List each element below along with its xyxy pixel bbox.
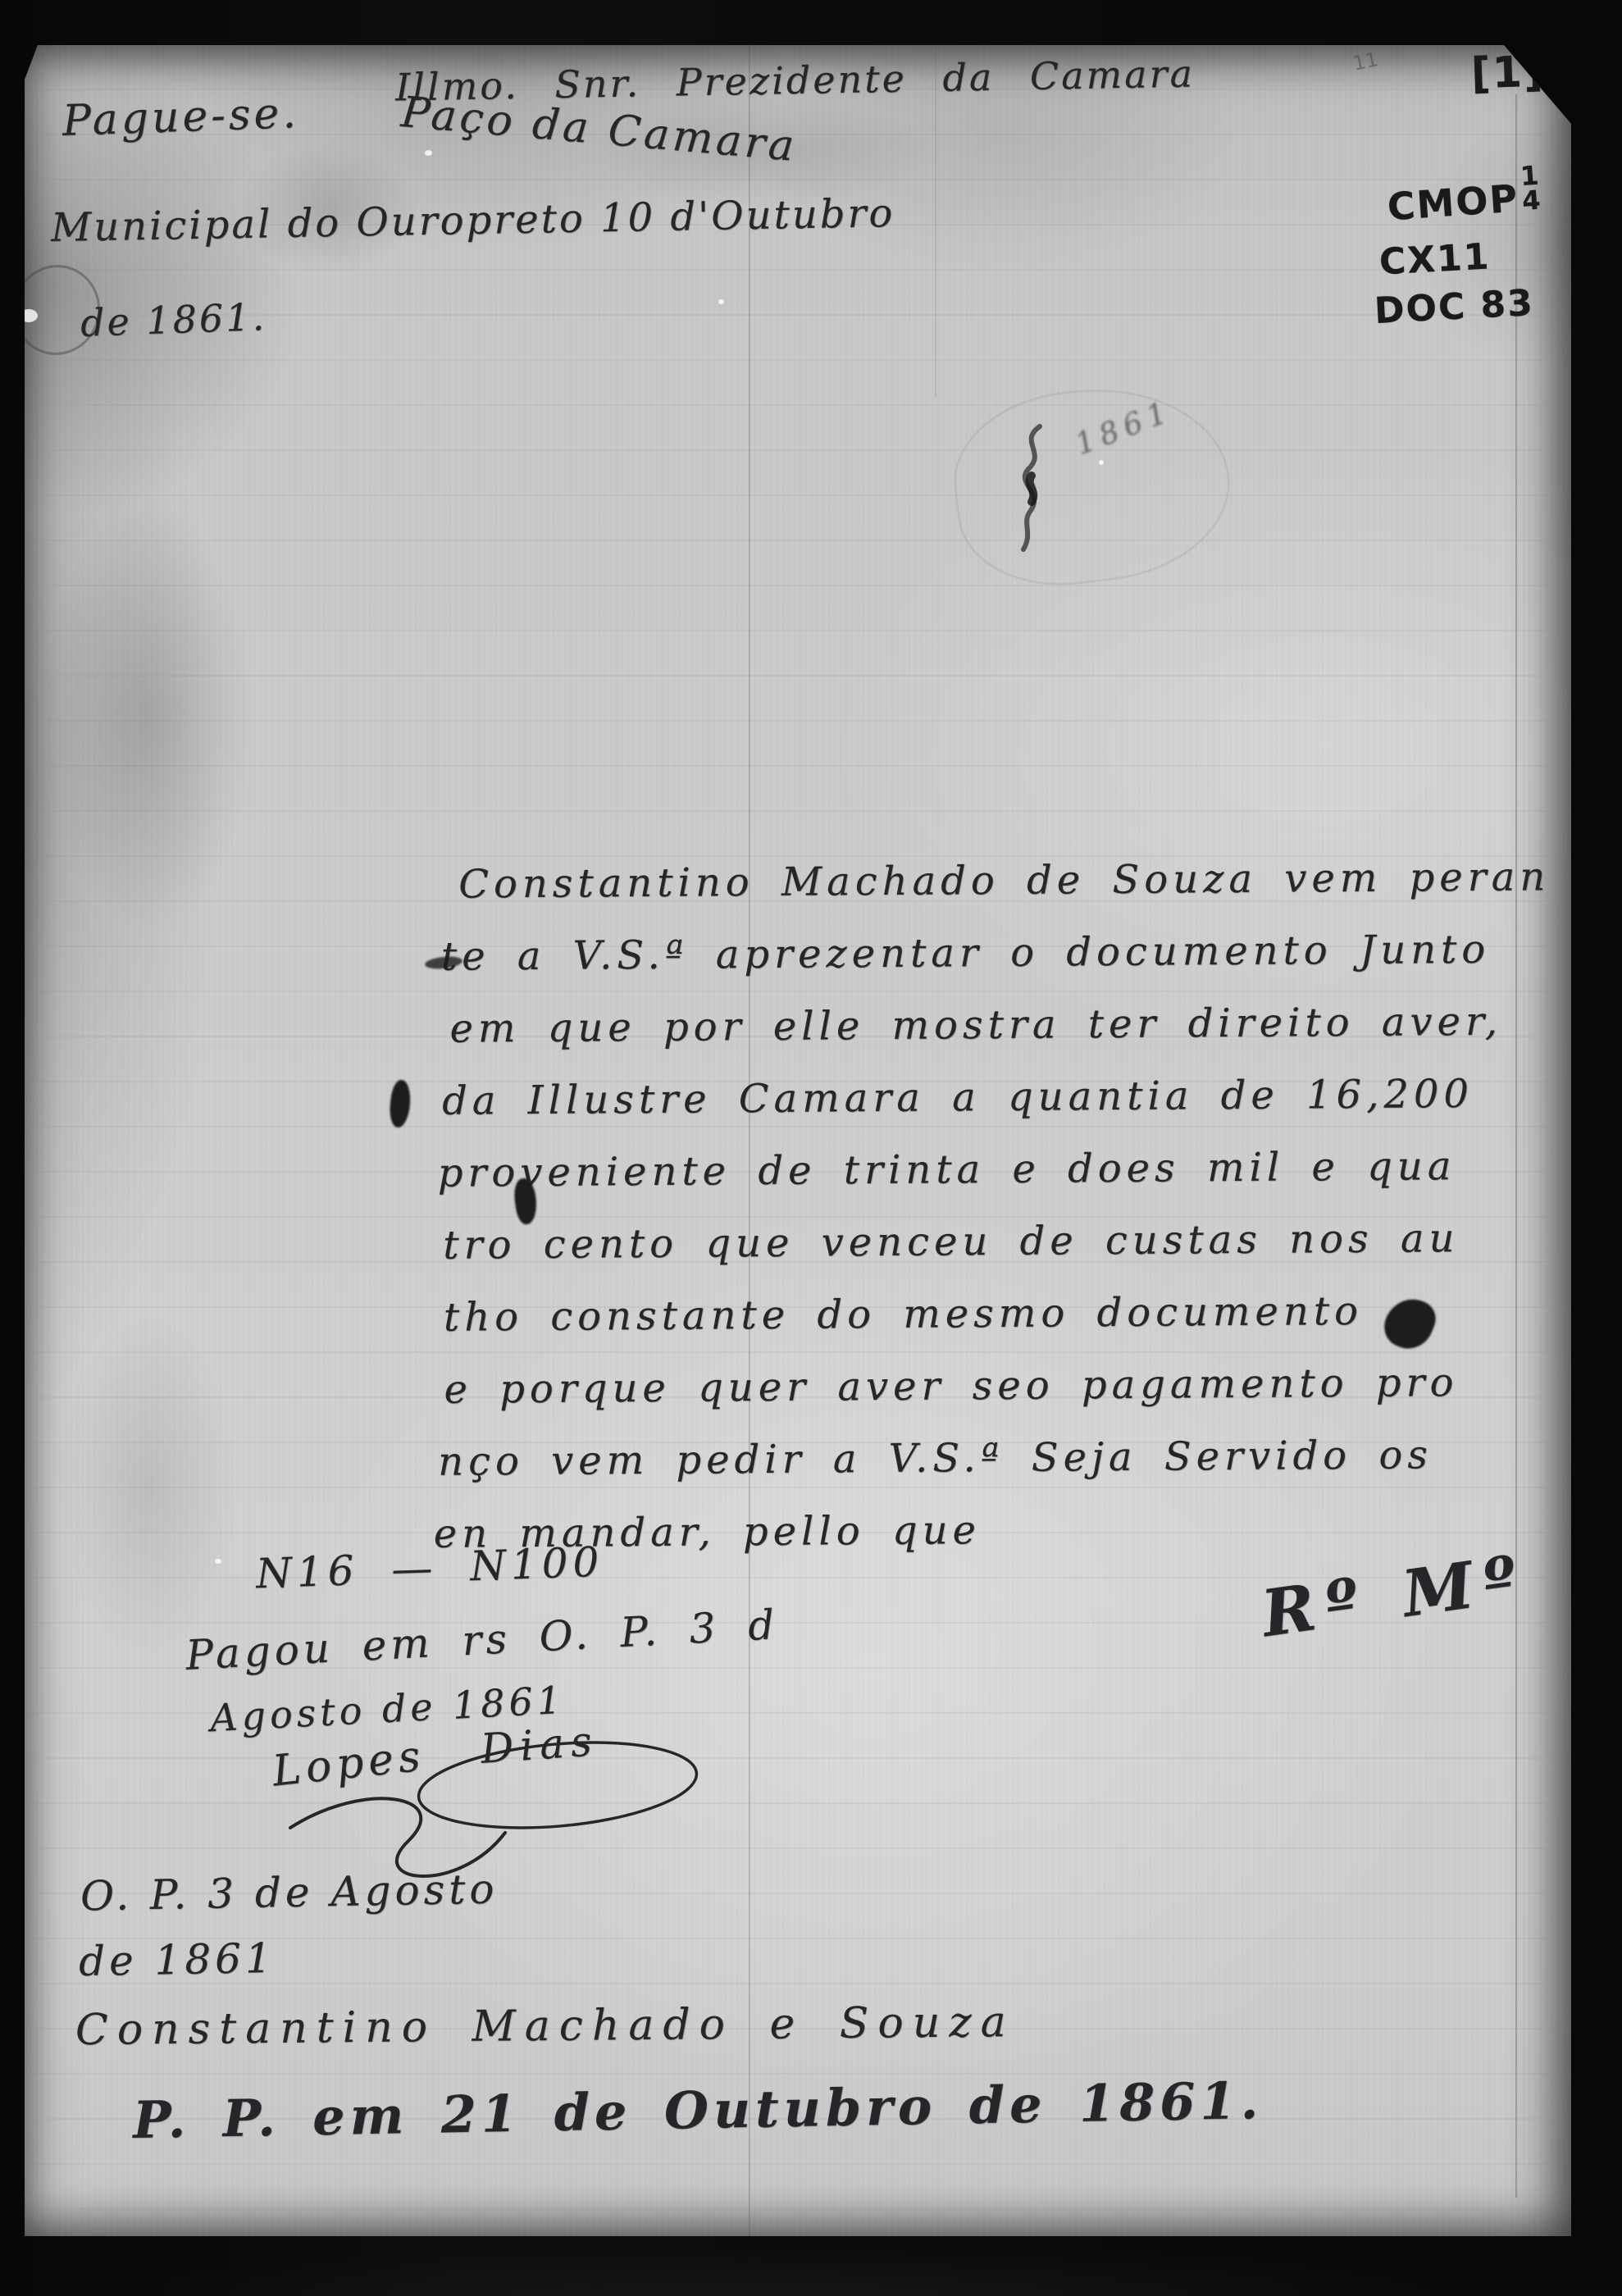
paper-fleck [425,150,432,156]
paper-fleck [1099,460,1104,465]
embossed-seal: 1861 [945,374,1240,598]
ink-blot [388,1079,412,1128]
archival-fond-mark: CMOP14 [1386,174,1543,234]
body-line: Constantino Machado de Souza vem peran [458,840,1551,920]
footer-dated-line: P. P. em 21 de Outubro de 1861. [132,2070,1263,2150]
scan-border-sheen [0,2239,1622,2296]
paper-fleck [718,299,724,304]
body-line: tho constante do mesmo documento [444,1273,1554,1353]
archival-fond-fraction: 14 [1519,163,1542,214]
archival-doc-mark: DOC 83 [1374,282,1535,332]
signature-lopes: Lopes [270,1731,427,1796]
payment-line2: Pagou em rs O. P. 3 d [185,1601,780,1679]
body-line: nço vem pedir a V.S.ª Seja Servido os [438,1418,1555,1497]
dispatch-pague-se: Pague-se. [62,89,300,146]
dispatch-line2: Municipal do Ouropreto 10 d'Outubro [51,190,895,251]
body-line: e porque quer aver seo pagamento pro [444,1346,1554,1425]
archival-box-mark: CX11 [1378,235,1492,283]
fraction-denominator: 4 [1521,187,1542,213]
signature-dias-flourish [410,1715,705,1846]
petition-body: Constantino Machado de Souza vem peran t… [440,840,1555,1569]
archival-pencil-mark: 11 [1351,48,1380,75]
paper-fleck [20,309,38,322]
paper-fleck [215,1559,221,1564]
body-line: da Illustre Camara a quantia de 16,200 [442,1057,1552,1137]
petition-note-line1: O. P. 3 de Agosto [80,1865,499,1920]
seal-year: 1861 [1071,394,1178,462]
scanned-document: Illmo. Snr. Prezidente da Camara Pague-s… [0,0,1622,2296]
archival-page-mark: [1] [1470,47,1546,98]
seal-squiggle [1009,426,1074,558]
body-line: te a V.S.ª aprezentar o documento Junto [441,913,1551,992]
body-line: em que por elle mostra ter direito aver, [449,985,1551,1064]
paper-sheet: Illmo. Snr. Prezidente da Camara Pague-s… [25,45,1571,2236]
dispatch-line3: de 1861. [80,294,267,345]
body-line: proveniente de trinta e does mil e qua [437,1129,1552,1209]
body-line: tro cento que venceu de custas nos au [443,1201,1553,1281]
petition-note-name: Constantino Machado e Souza [75,1998,1015,2055]
archival-fond-label: CMOP [1386,175,1520,229]
payment-numbers: N16 — N100 [255,1538,604,1598]
petition-note-line2: de 1861 [79,1934,276,1985]
stain [41,504,254,931]
stain [57,1316,238,1660]
